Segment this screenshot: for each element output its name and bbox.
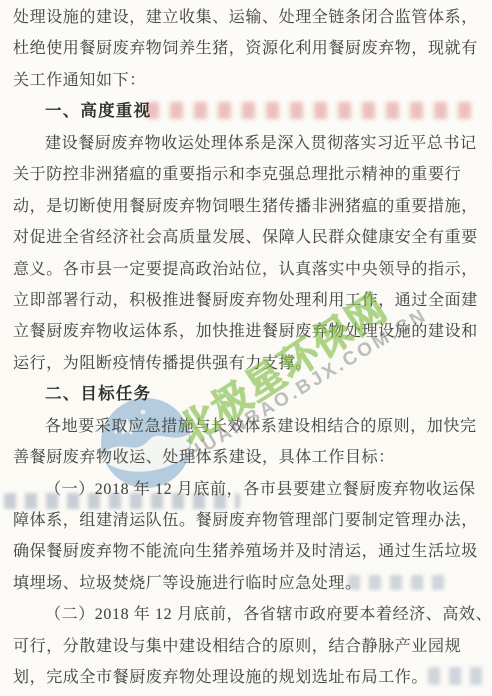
text-line: 确保餐厨废弃物不能流向生猪养殖场并及时清运，通过生活垃圾 [13,536,479,567]
section-heading: 一、高度重视 [13,96,479,127]
text-line: 对促进全省经济社会高质量发展、保障人民群众健康安全有重要 [13,222,479,253]
text-line: 善餐厨废弃物收运、处理体系建设，具体工作目标： [13,442,479,473]
text-line: 关工作通知如下： [13,65,479,96]
text-line: （二）2018 年 12 月底前，各省辖市政府要本着经济、高效、 [13,599,479,630]
text-line: 建设餐厨废弃物收运处理体系是深入贯彻落实习近平总书记 [13,128,479,159]
text-line: 划，完成全市餐厨废弃物处理设施的规划选址布局工作。 [13,662,479,693]
scanned-document-page: 处理设施的建设，建立收集、运输、处理全链条闭合监管体系， 杜绝使用餐厨废弃物饲养… [0,0,492,696]
text-line: （一）2018 年 12 月底前，各市县要建立餐厨废弃物收运保 [13,474,479,505]
text-line: 可行，分散建设与集中建设相结合的原则，结合静脉产业园规 [13,631,479,662]
text-line: 处理设施的建设，建立收集、运输、处理全链条闭合监管体系， [13,2,479,33]
text-line: 意义。各市县一定要提高政治站位，认真落实中央领导的指示， [13,254,479,285]
document-body: 处理设施的建设，建立收集、运输、处理全链条闭合监管体系， 杜绝使用餐厨废弃物饲养… [13,2,479,694]
text-line: 障体系，组建清运队伍。餐厨废弃物管理部门要制定管理办法， [13,505,479,536]
text-line: 动，是切断使用餐厨废弃物饲喂生猪传播非洲猪瘟的重要措施， [13,191,479,222]
text-line: 杜绝使用餐厨废弃物饲养生猪，资源化利用餐厨废弃物，现就有 [13,33,479,64]
text-line: 填埋场、垃圾焚烧厂等设施进行临时应急处理。 [13,568,479,599]
text-line: 关于防控非洲猪瘟的重要指示和李克强总理批示精神的重要行 [13,159,479,190]
